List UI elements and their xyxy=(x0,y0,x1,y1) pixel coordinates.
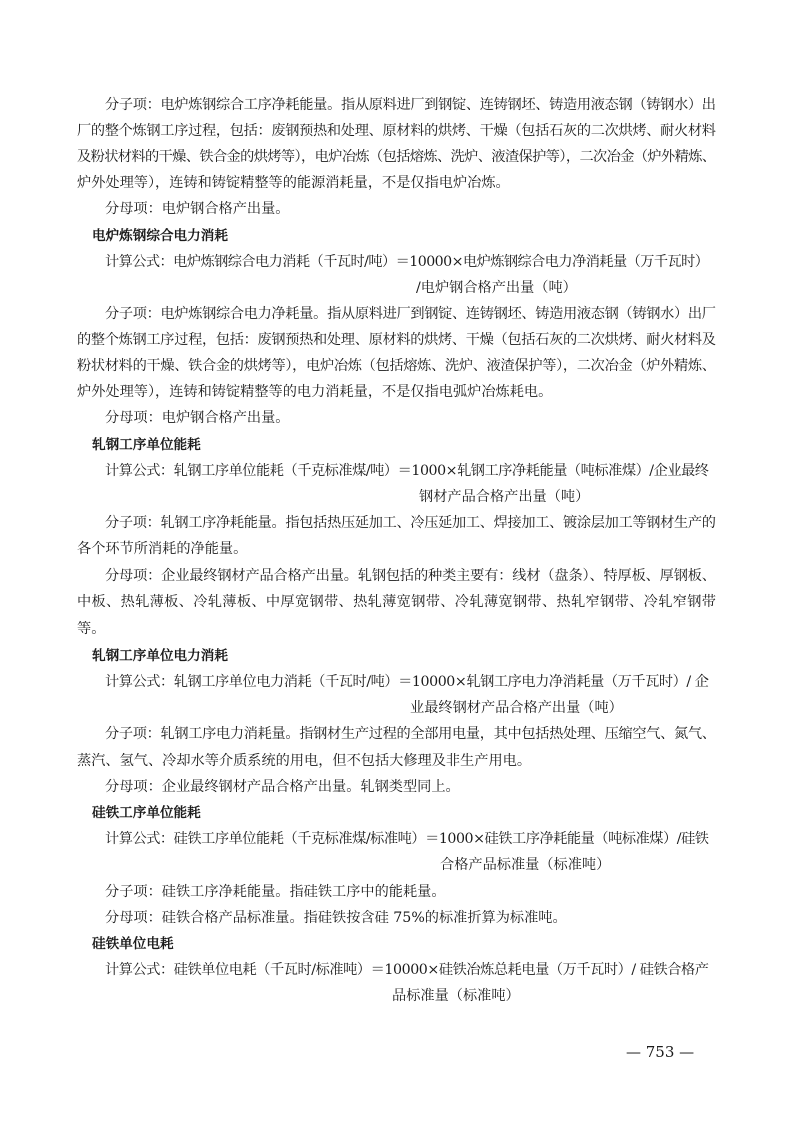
text-line: 炉外处理等），连铸和铸锭精整等的电力消耗量，不是仅指电弧炉冶炼耗电。 xyxy=(77,383,552,401)
page-number: — 753 — xyxy=(626,1043,694,1061)
text-line: 分子项：轧钢工序净耗能量。指包括热压延加工、冷压延加工、焊接加工、镀涂层加工等钢… xyxy=(105,514,716,532)
text-line: 分子项：硅铁工序净耗能量。指硅铁工序中的能耗量。 xyxy=(105,883,446,901)
text-line: 中板、热轧薄板、冷轧薄板、中厚宽钢带、热轧薄宽钢带、冷轧薄宽钢带、热轧窄钢带、冷… xyxy=(77,593,716,611)
text-line: 计算公式：电炉炼钢综合电力消耗（千瓦时/吨）＝10000×电炉炼钢综合电力净消耗… xyxy=(105,253,708,271)
text-line: 分子项：电炉炼钢综合工序净耗能量。指从原料进厂到钢锭、连铸钢坯、铸造用液态钢（铸… xyxy=(105,96,716,114)
text-line: 蒸汽、氢气、冷却水等介质系统的用电，但不包括大修理及非生产用电。 xyxy=(77,752,531,770)
text-line: 各个环节所消耗的净能量。 xyxy=(77,540,247,558)
text-line: 计算公式：轧钢工序单位电力消耗（千瓦时/吨）＝10000×轧钢工序电力净消耗量（… xyxy=(105,673,709,691)
text-line: 粉状材料的干燥、铁合金的烘烤等），电炉冶炼（包括熔炼、洗炉、液渣保护等），二次冶… xyxy=(77,357,716,375)
text-line: 计算公式：轧钢工序单位能耗（千克标准煤/吨）＝1000×轧钢工序净耗能量（吨标准… xyxy=(105,462,709,480)
text-line: 业最终钢材产品合格产出量（吨） xyxy=(410,699,623,717)
text-line: 炉外处理等），连铸和铸锭精整等的能源消耗量，不是仅指电炉冶炼。 xyxy=(77,174,510,192)
text-line: 厂的整个炼钢工序过程，包括：废钢预热和处理、原材料的烘烤、干燥（包括石灰的二次烘… xyxy=(77,122,716,140)
section-heading: 硅铁工序单位能耗 xyxy=(92,804,201,822)
text-line: 分母项：电炉钢合格产出量。 xyxy=(105,200,289,218)
text-line: 计算公式：硅铁单位电耗（千瓦时/标准吨）＝10000×硅铁冶炼总耗电量（万千瓦时… xyxy=(105,961,709,979)
text-line: 等。 xyxy=(77,620,105,638)
text-line: 分母项：企业最终钢材产品合格产出量。轧钢包括的种类主要有：线材（盘条）、特厚板、… xyxy=(105,567,716,585)
section-heading: 硅铁单位电耗 xyxy=(92,935,174,953)
section-heading: 轧钢工序单位能耗 xyxy=(92,436,201,454)
text-line: 及粉状材料的干燥、铁合金的烘烤等），电炉冶炼（包括熔炼、洗炉、液渣保护等），二次… xyxy=(77,148,715,166)
text-line: /电炉钢合格产出量（吨） xyxy=(416,279,577,297)
text-line: 分母项：硅铁合格产品标准量。指硅铁按含硅 75%的标准折算为标准吨。 xyxy=(105,909,567,927)
text-line: 分子项：轧钢工序电力消耗量。指钢材生产过程的全部用电量，其中包括热处理、压缩空气… xyxy=(105,725,716,743)
section-heading: 电炉炼钢综合电力消耗 xyxy=(92,227,228,245)
text-line: 分母项：电炉钢合格产出量。 xyxy=(105,409,289,427)
text-line: 分母项：企业最终钢材产品合格产出量。轧钢类型同上。 xyxy=(105,778,460,796)
text-line: 品标准量（标准吨） xyxy=(392,987,520,1005)
text-line: 钢材产品合格产出量（吨） xyxy=(419,488,589,506)
section-heading: 轧钢工序单位电力消耗 xyxy=(92,647,228,665)
text-line: 分子项：电炉炼钢综合电力净耗量。指从原料进厂到钢锭、连铸钢坯、铸造用液态钢（铸钢… xyxy=(105,305,716,323)
text-line: 计算公式：硅铁工序单位能耗（千克标准煤/标准吨）＝1000×硅铁工序净耗能量（吨… xyxy=(105,830,709,848)
text-line: 的整个炼钢工序过程，包括：废钢预热和处理、原材料的烘烤、干燥（包括石灰的二次烘烤… xyxy=(77,331,716,349)
text-line: 合格产品标准量（标准吨） xyxy=(440,856,610,874)
